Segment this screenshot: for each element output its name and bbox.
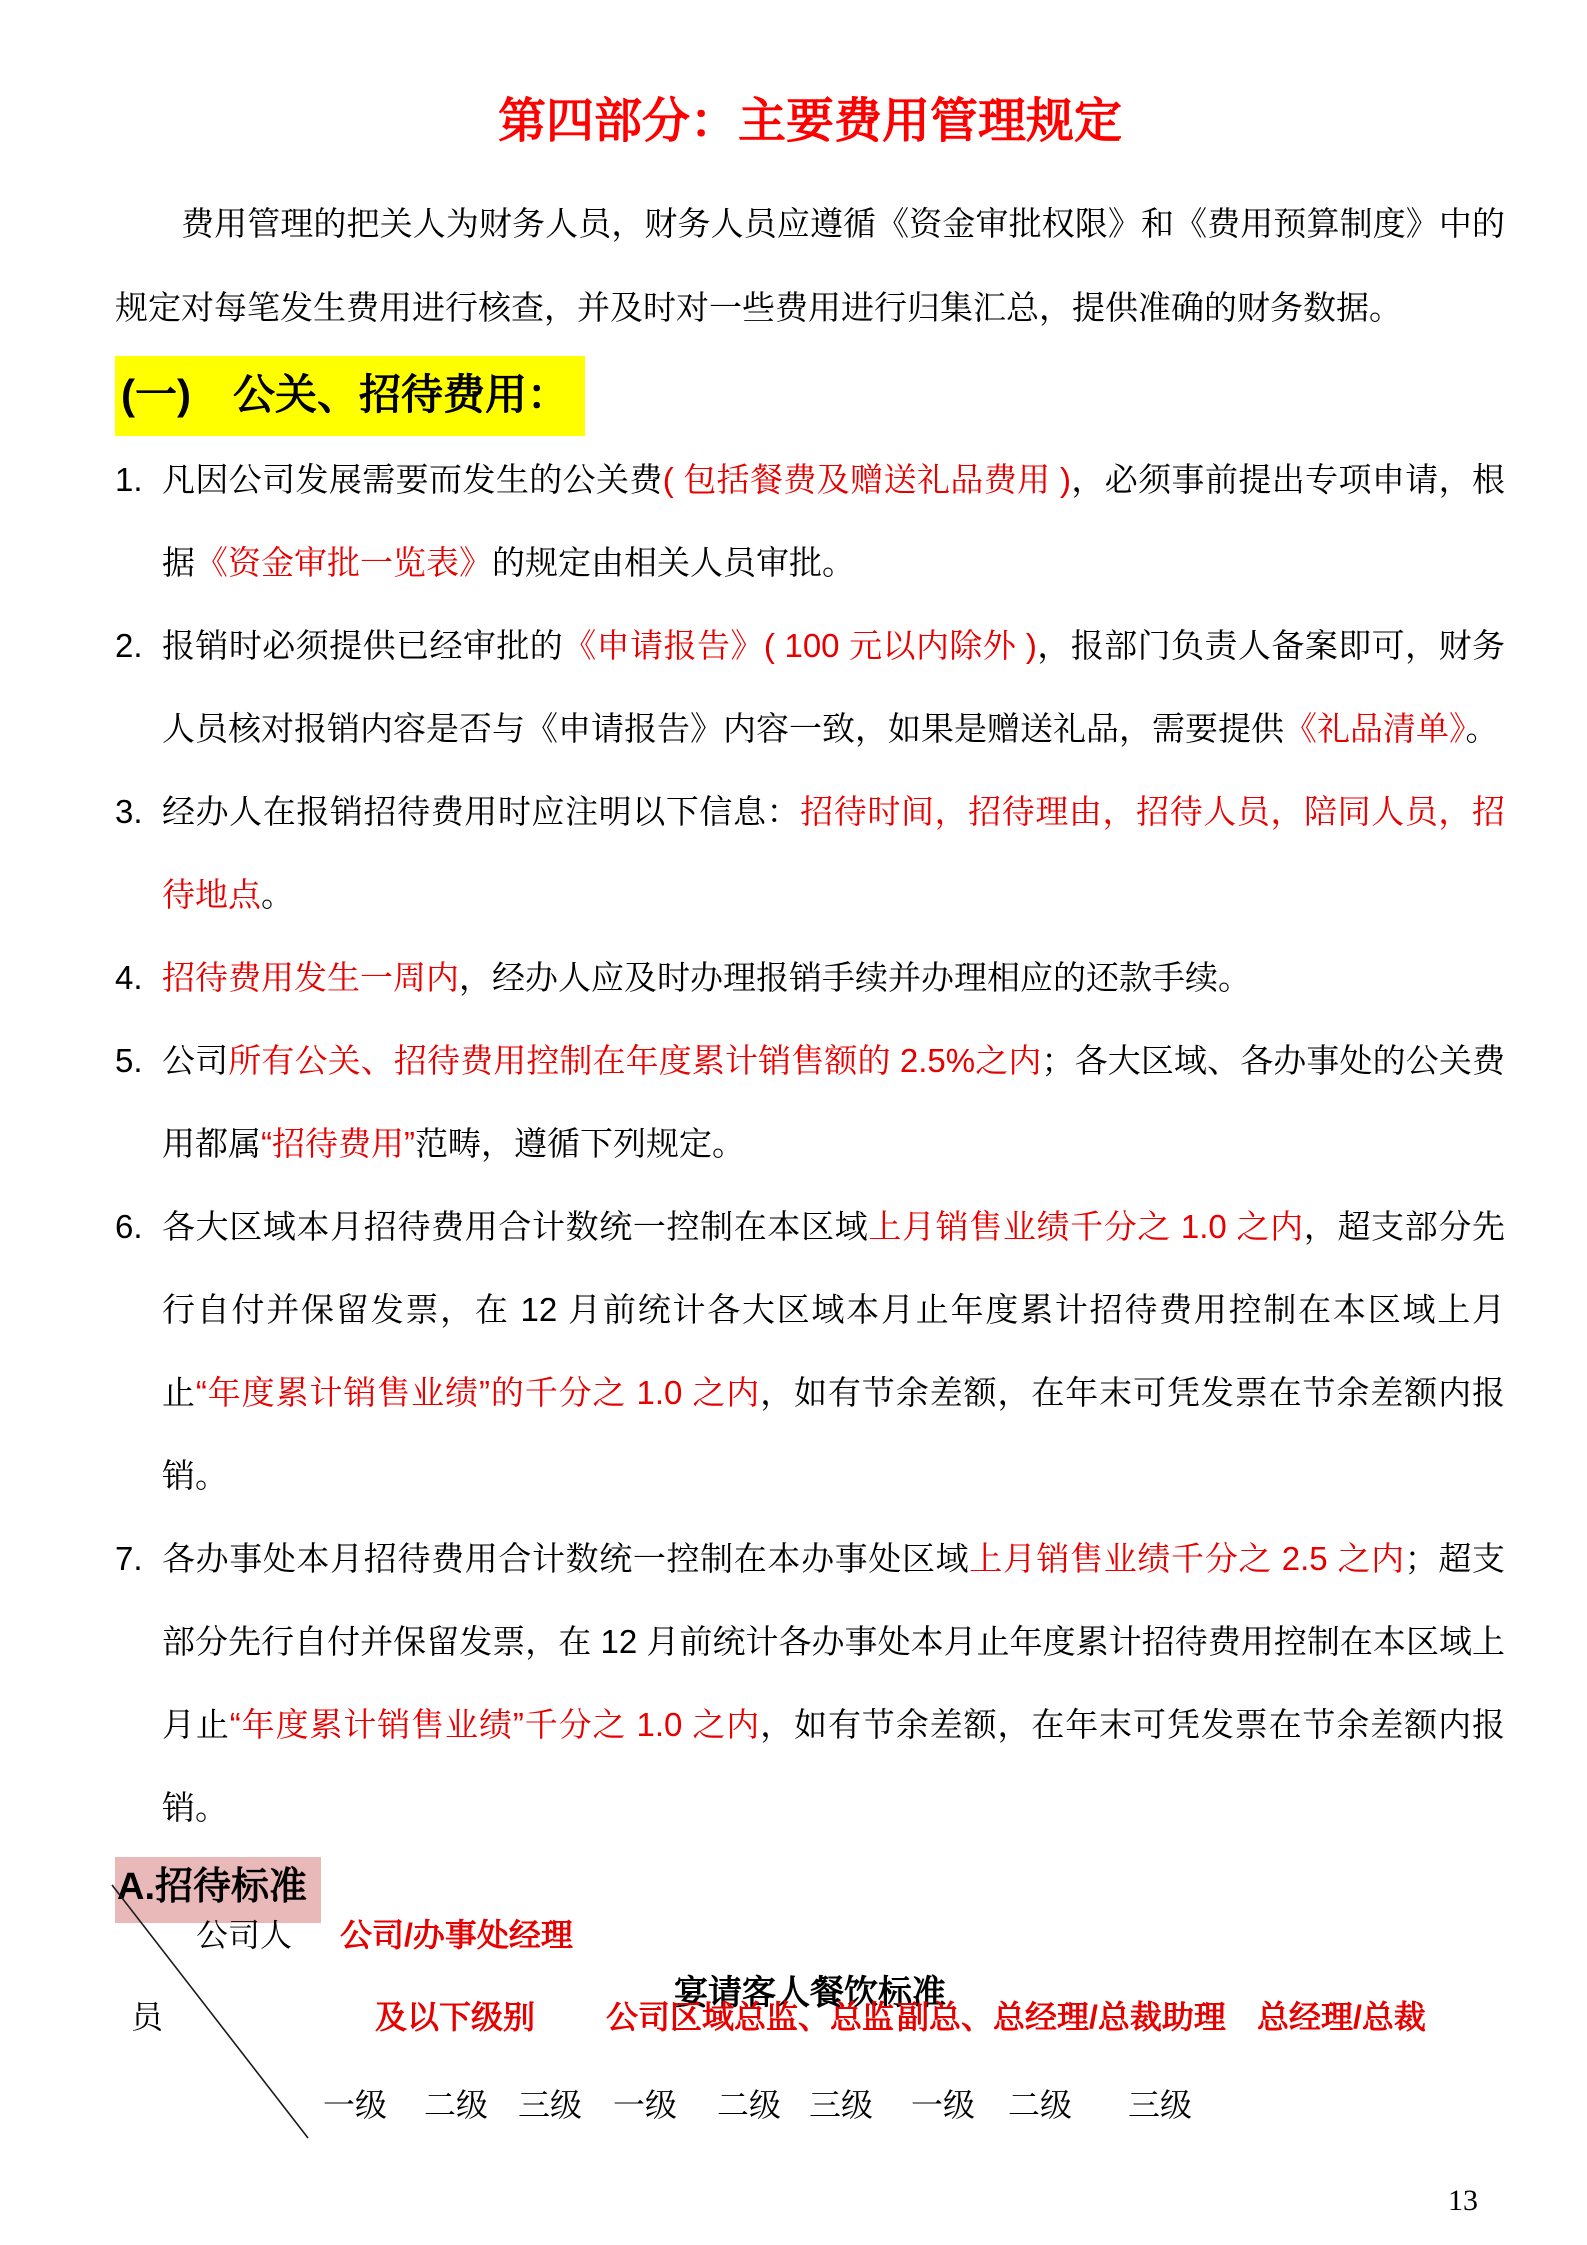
text-run-red: 招待费用发生一周内 — [162, 959, 459, 996]
text-run: 报销时必须提供已经审批的 — [162, 627, 563, 664]
text-run: 。 — [1466, 710, 1499, 747]
item-text: 报销时必须提供已经审批的《申请报告》( 100 元以内除外 )，报部门负责人备案… — [162, 627, 1505, 747]
corner-label-line2: 员 — [131, 1992, 163, 2038]
list-item-4: 4. 招待费用发生一周内，经办人应及时办理报销手续并办理相应的还款手续。 — [115, 936, 1505, 1019]
item-number: 7. — [115, 1517, 143, 1600]
level-label: 二级 — [424, 2080, 488, 2126]
item-text: 招待费用发生一周内，经办人应及时办理报销手续并办理相应的还款手续。 — [162, 959, 1251, 996]
column-header-manager-line2: 及以下级别 — [375, 1992, 535, 2038]
text-run-red: 《申请报告》( 100 元以内除外 ) — [563, 627, 1037, 664]
text-run: 范畴，遵循下列规定。 — [415, 1125, 745, 1162]
list-item-7: 7. 各办事处本月招待费用合计数统一控制在本办事处区域上月销售业绩千分之 2.5… — [115, 1517, 1505, 1849]
section-heading-row: (一) 公关、招待费用： — [115, 356, 1505, 436]
text-run: ，经办人应及时办理报销手续并办理相应的还款手续。 — [459, 959, 1251, 996]
page-number: 13 — [1448, 2184, 1478, 2218]
column-header-manager-line1: 公司/办事处经理 — [340, 1910, 573, 1956]
level-label: 三级 — [1128, 2080, 1192, 2126]
item-number: 4. — [115, 936, 143, 1019]
item-text: 公司所有公关、招待费用控制在年度累计销售额的 2.5%之内；各大区域、各办事处的… — [162, 1042, 1505, 1162]
text-run-red: 上月销售业绩千分之 2.5 之内 — [969, 1540, 1404, 1577]
item-number: 6. — [115, 1185, 143, 1268]
item-text: 经办人在报销招待费用时应注明以下信息：招待时间，招待理由，招待人员，陪同人员，招… — [162, 793, 1505, 913]
level-label: 二级 — [1008, 2080, 1072, 2126]
item-text: 各办事处本月招待费用合计数统一控制在本办事处区域上月销售业绩千分之 2.5 之内… — [162, 1540, 1505, 1826]
text-run: 公司 — [162, 1042, 228, 1079]
level-label: 一级 — [613, 2080, 677, 2126]
text-run-red: “招待费用” — [261, 1125, 415, 1162]
list-item-5: 5. 公司所有公关、招待费用控制在年度累计销售额的 2.5%之内；各大区域、各办… — [115, 1019, 1505, 1185]
level-label: 三级 — [518, 2080, 582, 2126]
item-text: 凡因公司发展需要而发生的公关费( 包括餐费及赠送礼品费用 )，必须事前提出专项申… — [162, 461, 1505, 581]
text-run: 经办人在报销招待费用时应注明以下信息： — [162, 793, 800, 830]
item-number: 5. — [115, 1019, 143, 1102]
list-item-1: 1. 凡因公司发展需要而发生的公关费( 包括餐费及赠送礼品费用 )，必须事前提出… — [115, 438, 1505, 604]
item-number: 3. — [115, 770, 143, 853]
column-header-president: 总经理/总裁 — [1257, 1992, 1426, 2038]
text-run-red: 所有公关、招待费用控制在年度累计销售额的 2.5%之内 — [228, 1042, 1041, 1079]
level-label: 二级 — [717, 2080, 781, 2126]
text-run: 各办事处本月招待费用合计数统一控制在本办事处区域 — [162, 1540, 969, 1577]
item-number: 1. — [115, 438, 143, 521]
text-run-red: ( 包括餐费及赠送礼品费用 ) — [663, 461, 1071, 498]
page-content: 第四部分：主要费用管理规定 费用管理的把关人为财务人员，财务人员应遵循《资金审批… — [0, 92, 1587, 2014]
text-run: 的规定由相关人员审批。 — [492, 544, 855, 581]
list-item-2: 2. 报销时必须提供已经审批的《申请报告》( 100 元以内除外 )，报部门负责… — [115, 604, 1505, 770]
dining-standard-table-header: 公司人 员 公司/办事处经理 及以下级别 公司区域总监、总监 副总、总经理/总裁… — [0, 1860, 1587, 2245]
text-run-red: 《资金审批一览表》 — [195, 544, 492, 581]
text-run-red: 《礼品清单》 — [1284, 710, 1466, 747]
text-run: 凡因公司发展需要而发生的公关费 — [162, 461, 663, 498]
level-label: 三级 — [809, 2080, 873, 2126]
text-run-red: “年度累计销售业绩”的千分之 1.0 之内 — [196, 1374, 760, 1411]
corner-label-line1: 公司人 — [196, 1910, 292, 1956]
text-run-red: 上月销售业绩千分之 1.0 之内 — [868, 1208, 1303, 1245]
item-number: 2. — [115, 604, 143, 687]
list-item-6: 6. 各大区域本月招待费用合计数统一控制在本区域上月销售业绩千分之 1.0 之内… — [115, 1185, 1505, 1517]
column-header-vice-president: 副总、总经理/总裁助理 — [897, 1992, 1226, 2038]
intro-paragraph: 费用管理的把关人为财务人员，财务人员应遵循《资金审批权限》和《费用预算制度》中的… — [115, 182, 1505, 350]
section-heading-highlighted: (一) 公关、招待费用： — [115, 356, 585, 436]
text-run: 。 — [261, 876, 294, 913]
document-page: 第四部分：主要费用管理规定 费用管理的把关人为财务人员，财务人员应遵循《资金审批… — [0, 0, 1587, 2245]
level-label: 一级 — [911, 2080, 975, 2126]
column-header-director: 公司区域总监、总监 — [606, 1992, 894, 2038]
text-run-red: “年度累计销售业绩”千分之 1.0 之内 — [230, 1706, 760, 1743]
list-item-3: 3. 经办人在报销招待费用时应注明以下信息：招待时间，招待理由，招待人员，陪同人… — [115, 770, 1505, 936]
level-label: 一级 — [323, 2080, 387, 2126]
text-run: 各大区域本月招待费用合计数统一控制在本区域 — [162, 1208, 868, 1245]
item-text: 各大区域本月招待费用合计数统一控制在本区域上月销售业绩千分之 1.0 之内，超支… — [162, 1208, 1505, 1494]
page-title: 第四部分：主要费用管理规定 — [115, 92, 1505, 152]
rules-list: 1. 凡因公司发展需要而发生的公关费( 包括餐费及赠送礼品费用 )，必须事前提出… — [115, 438, 1505, 1849]
